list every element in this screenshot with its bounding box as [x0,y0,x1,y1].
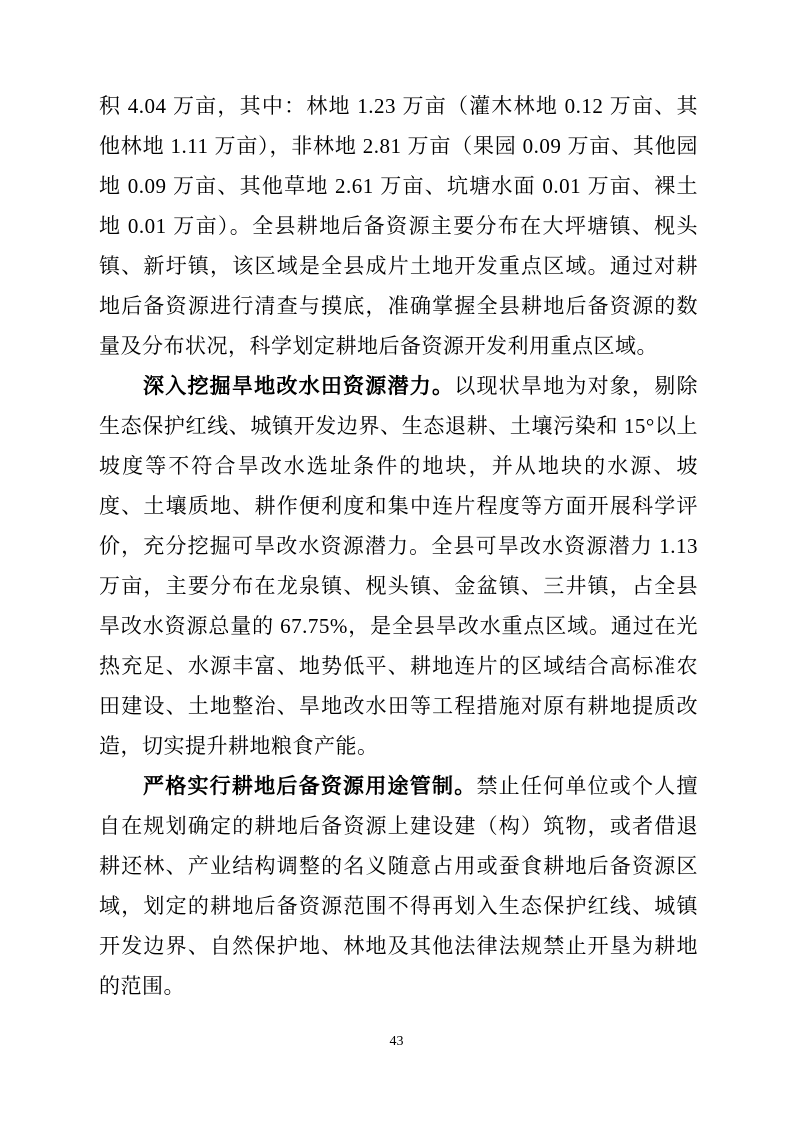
paragraph: 严格实行耕地后备资源用途管制。禁止任何单位或个人擅自在规划确定的耕地后备资源上建… [99,766,698,1006]
document-page: 积 4.04 万亩，其中：林地 1.23 万亩（灌木林地 0.12 万亩、其他林… [0,0,793,1122]
page-number: 43 [0,1034,793,1050]
document-body: 积 4.04 万亩，其中：林地 1.23 万亩（灌木林地 0.12 万亩、其他林… [99,86,698,1006]
paragraph-lead: 严格实行耕地后备资源用途管制。 [143,774,476,798]
paragraph-lead: 深入挖掘旱地改水田资源潜力。 [143,374,454,398]
paragraph: 深入挖掘旱地改水田资源潜力。以现状旱地为对象，剔除生态保护红线、城镇开发边界、生… [99,366,698,766]
paragraph: 积 4.04 万亩，其中：林地 1.23 万亩（灌木林地 0.12 万亩、其他林… [99,86,698,366]
